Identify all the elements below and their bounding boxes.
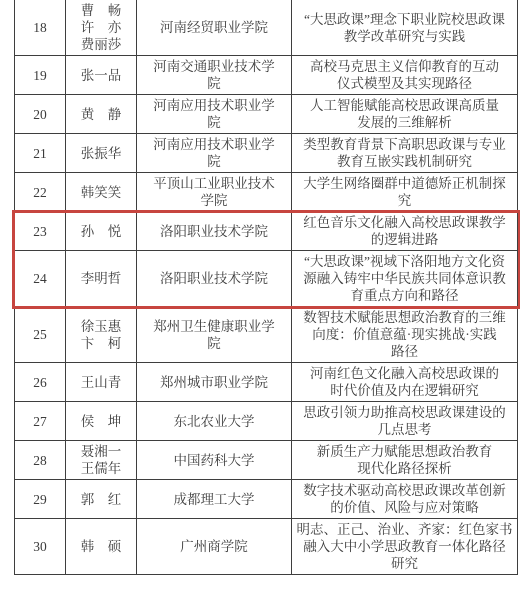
institution-cell: 河南应用技术职业学 院 — [137, 95, 292, 134]
name-cell: 张一品 — [66, 56, 137, 95]
institution-cell: 广州商学院 — [137, 519, 292, 575]
table-row: 27 侯 坤 东北农业大学 思政引领力助推高校思政课建设的 几点思考 — [15, 402, 518, 441]
topic-cell: 明志、正己、治业、齐家：红色家书 融入大中小学思政教育一体化路径 研究 — [292, 519, 518, 575]
topic-cell: 数智技术赋能思想政治教育的三维 向度：价值意蕴·现实挑战·实践 路径 — [292, 307, 518, 363]
name-cell: 韩笑笑 — [66, 173, 137, 212]
table-row: 18 曹 畅 许 亦 费丽莎 河南经贸职业学院 “大思政课”理念下职业院校思政课… — [15, 0, 518, 56]
topic-cell: 新质生产力赋能思想政治教育 现代化路径探析 — [292, 441, 518, 480]
institution-cell: 洛阳职业技术学院 — [137, 212, 292, 251]
table-row: 24 李明哲 洛阳职业技术学院 “大思政课”视域下洛阳地方文化资 源融入铸牢中华… — [15, 251, 518, 307]
institution-cell: 河南经贸职业学院 — [137, 0, 292, 56]
topic-cell: “大思政课”视域下洛阳地方文化资 源融入铸牢中华民族共同体意识教 育重点方向和路… — [292, 251, 518, 307]
topic-cell: 人工智能赋能高校思政课高质量 发展的三维解析 — [292, 95, 518, 134]
results-table: 18 曹 畅 许 亦 费丽莎 河南经贸职业学院 “大思政课”理念下职业院校思政课… — [14, 0, 518, 575]
row-number-cell: 23 — [15, 212, 66, 251]
institution-cell: 东北农业大学 — [137, 402, 292, 441]
name-cell: 王山青 — [66, 363, 137, 402]
institution-cell: 洛阳职业技术学院 — [137, 251, 292, 307]
row-number-cell: 26 — [15, 363, 66, 402]
topic-cell: 数字技术驱动高校思政课改革创新 的价值、风险与应对策略 — [292, 480, 518, 519]
row-number-cell: 27 — [15, 402, 66, 441]
row-number-cell: 29 — [15, 480, 66, 519]
table-row: 29 郭 红 成都理工大学 数字技术驱动高校思政课改革创新 的价值、风险与应对策… — [15, 480, 518, 519]
row-number-cell: 25 — [15, 307, 66, 363]
table-row: 19 张一品 河南交通职业技术学 院 高校马克思主义信仰教育的互动 仪式模型及其… — [15, 56, 518, 95]
row-number-cell: 30 — [15, 519, 66, 575]
row-number-cell: 28 — [15, 441, 66, 480]
topic-cell: 大学生网络圈群中道德矫正机制探 究 — [292, 173, 518, 212]
row-number-cell: 21 — [15, 134, 66, 173]
institution-cell: 河南应用技术职业学 院 — [137, 134, 292, 173]
institution-cell: 河南交通职业技术学 院 — [137, 56, 292, 95]
table-row: 21 张振华 河南应用技术职业学 院 类型教育背景下高职思政课与专业 教育互嵌实… — [15, 134, 518, 173]
name-cell: 张振华 — [66, 134, 137, 173]
topic-cell: 类型教育背景下高职思政课与专业 教育互嵌实践机制研究 — [292, 134, 518, 173]
institution-cell: 成都理工大学 — [137, 480, 292, 519]
name-cell: 侯 坤 — [66, 402, 137, 441]
name-cell: 李明哲 — [66, 251, 137, 307]
name-cell: 孙 悦 — [66, 212, 137, 251]
institution-cell: 中国药科大学 — [137, 441, 292, 480]
name-cell: 徐玉惠 卞 柯 — [66, 307, 137, 363]
row-number-cell: 24 — [15, 251, 66, 307]
row-number-cell: 18 — [15, 0, 66, 56]
topic-cell: “大思政课”理念下职业院校思政课 教学改革研究与实践 — [292, 0, 518, 56]
institution-cell: 平顶山工业职业技术 学院 — [137, 173, 292, 212]
results-table-body: 18 曹 畅 许 亦 费丽莎 河南经贸职业学院 “大思政课”理念下职业院校思政课… — [15, 0, 518, 575]
institution-cell: 郑州城市职业学院 — [137, 363, 292, 402]
name-cell: 聂湘一 王儒年 — [66, 441, 137, 480]
row-number-cell: 19 — [15, 56, 66, 95]
table-row: 23 孙 悦 洛阳职业技术学院 红色音乐文化融入高校思政课教学 的逻辑进路 — [15, 212, 518, 251]
row-number-cell: 20 — [15, 95, 66, 134]
name-cell: 黄 静 — [66, 95, 137, 134]
table-row: 20 黄 静 河南应用技术职业学 院 人工智能赋能高校思政课高质量 发展的三维解… — [15, 95, 518, 134]
name-cell: 韩 硕 — [66, 519, 137, 575]
row-number-cell: 22 — [15, 173, 66, 212]
topic-cell: 思政引领力助推高校思政课建设的 几点思考 — [292, 402, 518, 441]
institution-cell: 郑州卫生健康职业学 院 — [137, 307, 292, 363]
screenshot-root: 18 曹 畅 许 亦 费丽莎 河南经贸职业学院 “大思政课”理念下职业院校思政课… — [0, 0, 520, 599]
table-row: 28 聂湘一 王儒年 中国药科大学 新质生产力赋能思想政治教育 现代化路径探析 — [15, 441, 518, 480]
name-cell: 曹 畅 许 亦 费丽莎 — [66, 0, 137, 56]
topic-cell: 红色音乐文化融入高校思政课教学 的逻辑进路 — [292, 212, 518, 251]
name-cell: 郭 红 — [66, 480, 137, 519]
topic-cell: 河南红色文化融入高校思政课的 时代价值及内在逻辑研究 — [292, 363, 518, 402]
topic-cell: 高校马克思主义信仰教育的互动 仪式模型及其实现路径 — [292, 56, 518, 95]
table-row: 26 王山青 郑州城市职业学院 河南红色文化融入高校思政课的 时代价值及内在逻辑… — [15, 363, 518, 402]
table-row: 25 徐玉惠 卞 柯 郑州卫生健康职业学 院 数智技术赋能思想政治教育的三维 向… — [15, 307, 518, 363]
table-row: 22 韩笑笑 平顶山工业职业技术 学院 大学生网络圈群中道德矫正机制探 究 — [15, 173, 518, 212]
table-row: 30 韩 硕 广州商学院 明志、正己、治业、齐家：红色家书 融入大中小学思政教育… — [15, 519, 518, 575]
